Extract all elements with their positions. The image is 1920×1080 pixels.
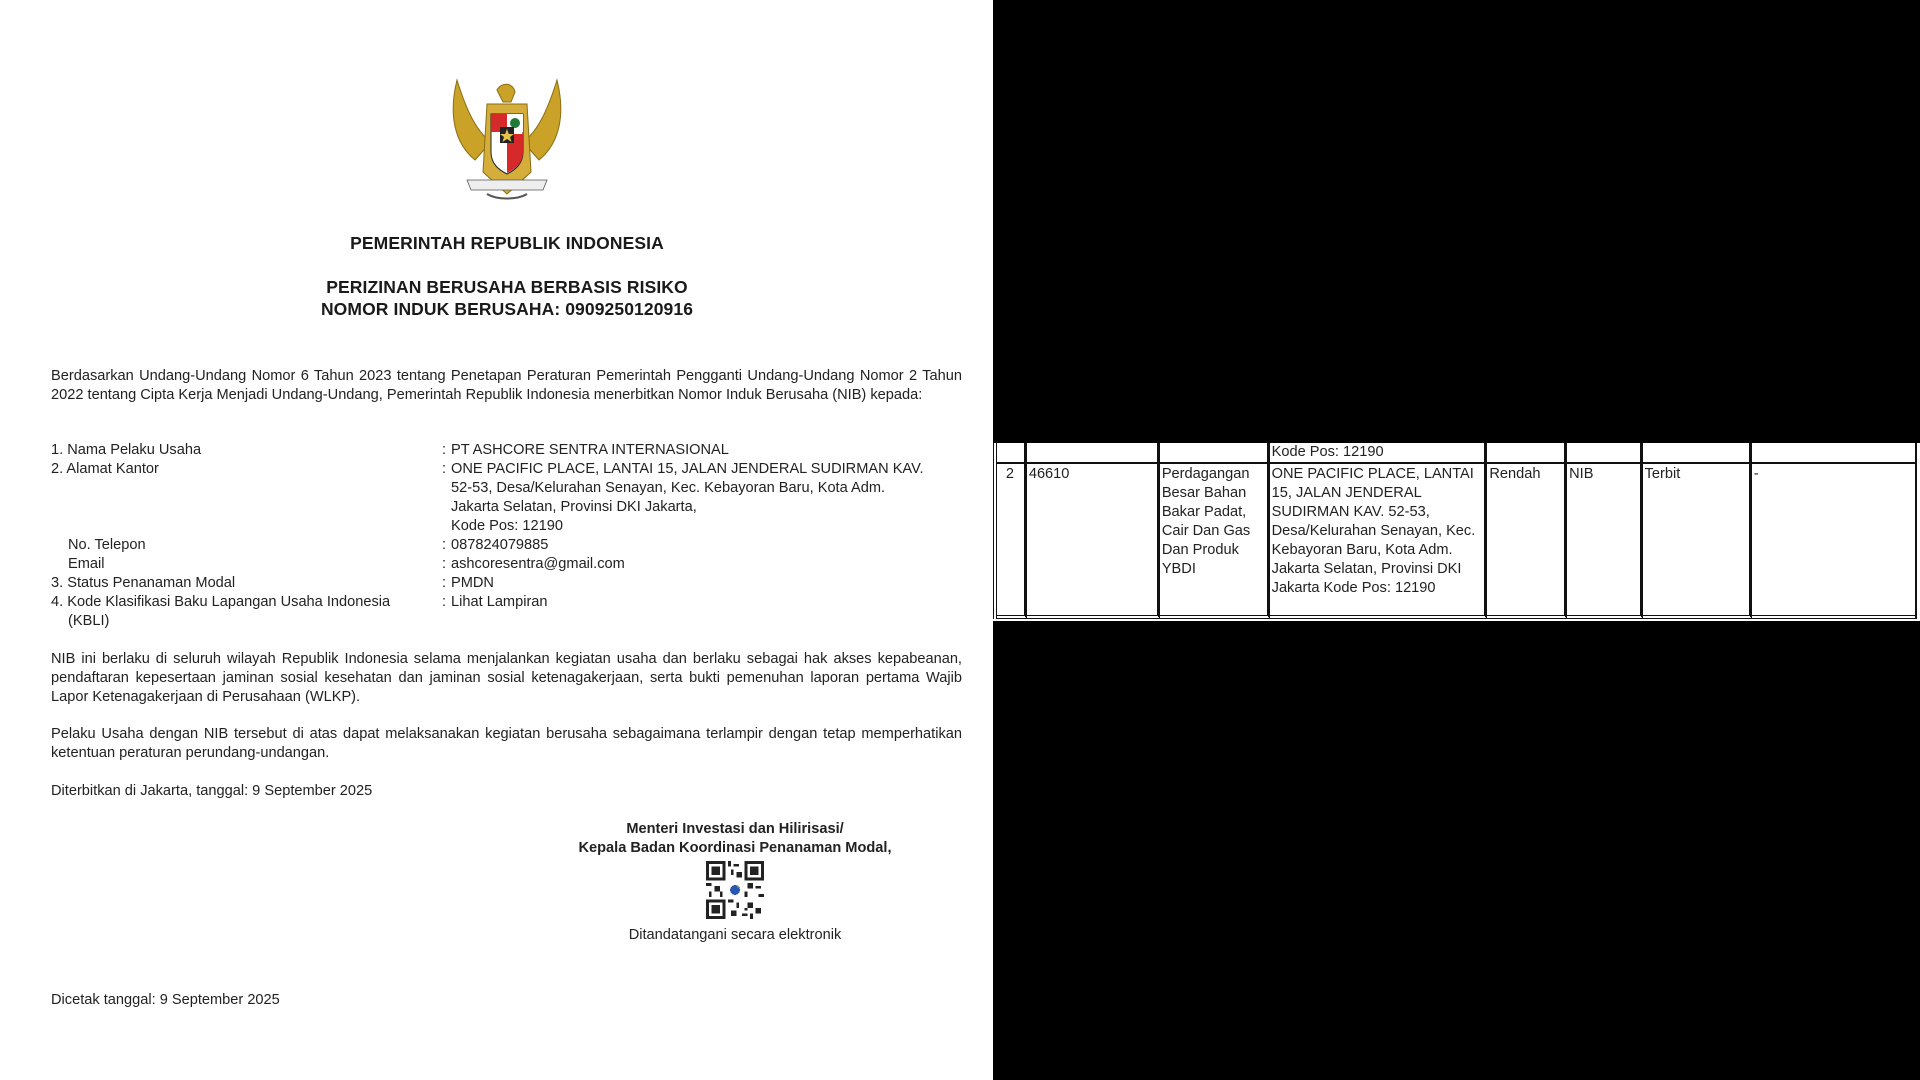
garuda-emblem-icon: [447, 72, 567, 208]
signatory-title: Menteri Investasi dan Hilirisasi/ Kepala…: [535, 820, 935, 858]
info-value: :Lihat Lampiran: [442, 593, 971, 631]
info-value: :ONE PACIFIC PLACE, LANTAI 15, JALAN JEN…: [442, 460, 971, 536]
cell-kbli: [1027, 443, 1160, 464]
kbli-attachment-table: Kode Pos: 12190 2 46610 Perdagangan Besa…: [993, 443, 1917, 619]
printed-date: Dicetak tanggal: 9 September 2025: [51, 991, 962, 1010]
cell-keterangan: [1752, 443, 1915, 464]
info-value: :PMDN: [442, 574, 971, 593]
info-row-email: Email :ashcoresentra@gmail.com: [51, 555, 971, 574]
cell-perizinan: NIB: [1567, 464, 1642, 619]
electronic-signature-note: Ditandatangani secara elektronik: [535, 927, 935, 943]
info-row-kbli: 4. Kode Klasifikasi Baku Lapangan Usaha …: [51, 593, 971, 631]
info-value: :ashcoresentra@gmail.com: [442, 555, 971, 574]
info-value: :PT ASHCORE SENTRA INTERNASIONAL: [442, 441, 971, 460]
nib-document-page: PEMERINTAH REPUBLIK INDONESIA PERIZINAN …: [0, 0, 993, 1080]
issued-date: Diterbitkan di Jakarta, tanggal: 9 Septe…: [51, 782, 962, 801]
info-row-investment-status: 3. Status Penanaman Modal :PMDN: [51, 574, 971, 593]
kbli-attachment-table-strip: Kode Pos: 12190 2 46610 Perdagangan Besa…: [993, 443, 1920, 621]
nib-validity-paragraph: NIB ini berlaku di seluruh wilayah Repub…: [51, 650, 962, 707]
info-label: 2. Alamat Kantor: [51, 460, 442, 536]
intro-paragraph: Berdasarkan Undang-Undang Nomor 6 Tahun …: [51, 367, 962, 405]
document-title: PERIZINAN BERUSAHA BERBASIS RISIKO: [0, 277, 1014, 298]
info-label: 3. Status Penanaman Modal: [51, 574, 442, 593]
cell-perizinan: [1567, 443, 1642, 464]
info-label: 4. Kode Klasifikasi Baku Lapangan Usaha …: [51, 593, 442, 631]
info-label: 1. Nama Pelaku Usaha: [51, 441, 442, 460]
info-row-company-name: 1. Nama Pelaku Usaha :PT ASHCORE SENTRA …: [51, 441, 971, 460]
business-info-list: 1. Nama Pelaku Usaha :PT ASHCORE SENTRA …: [51, 441, 971, 631]
cell-status: Terbit: [1643, 464, 1752, 619]
cell-alamat: ONE PACIFIC PLACE, LANTAI 15, JALAN JEND…: [1270, 464, 1488, 619]
government-heading: PEMERINTAH REPUBLIK INDONESIA: [0, 233, 1014, 254]
business-actor-paragraph: Pelaku Usaha dengan NIB tersebut di atas…: [51, 725, 962, 763]
cell-risiko: Rendah: [1487, 464, 1567, 619]
info-value: :087824079885: [442, 536, 971, 555]
cell-risiko: [1487, 443, 1567, 464]
cell-kbli: 46610: [1027, 464, 1160, 619]
cell-no: 2: [997, 464, 1027, 619]
cell-judul: [1160, 443, 1270, 464]
qr-code-icon: [705, 861, 765, 919]
cell-alamat: Kode Pos: 12190: [1270, 443, 1488, 464]
info-row-phone: No. Telepon :087824079885: [51, 536, 971, 555]
info-label: Email: [51, 555, 442, 574]
cell-judul: Perdagangan Besar Bahan Bakar Padat, Cai…: [1160, 464, 1270, 619]
nib-number-heading: NOMOR INDUK BERUSAHA: 0909250120916: [0, 299, 1014, 320]
cell-keterangan: -: [1752, 464, 1915, 619]
info-label: No. Telepon: [51, 536, 442, 555]
cell-status: [1643, 443, 1752, 464]
table-row-partial: Kode Pos: 12190: [997, 443, 1915, 464]
info-row-office-address: 2. Alamat Kantor :ONE PACIFIC PLACE, LAN…: [51, 460, 971, 536]
table-row: 2 46610 Perdagangan Besar Bahan Bakar Pa…: [997, 464, 1915, 619]
cell-no: [997, 443, 1027, 464]
